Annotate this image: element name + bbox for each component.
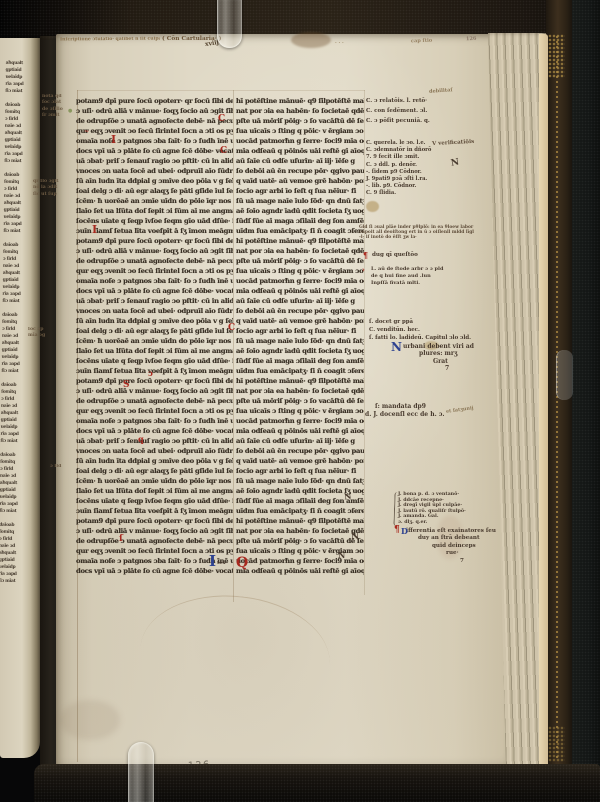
red-pilcrow-2: ¶	[394, 526, 400, 535]
red-initial-1: I	[111, 134, 116, 145]
nota-N-4: N	[450, 158, 460, 168]
red-initial-3: S	[123, 381, 130, 390]
red-paraph-3: ſ	[119, 535, 123, 544]
fore-edge-band	[539, 34, 548, 768]
green-mark: ●	[68, 109, 72, 114]
nota-N-3: N	[338, 551, 345, 559]
red-initial-5: C	[220, 147, 227, 156]
gloss-tex: tex·	[217, 561, 227, 566]
book-weight-bottom	[128, 742, 154, 802]
red-initial-Q: Q	[236, 556, 248, 570]
red-pilcrow-1: ¶	[363, 251, 368, 259]
manuscript-photo: aħqualtgptiaīduelaīdprīa ɔapdſiɔ mīatdaī…	[0, 0, 600, 802]
blue-initial-D: D	[401, 527, 408, 535]
red-initial-6: C	[228, 324, 235, 333]
fore-edge-reflection	[556, 350, 573, 400]
red-initial-4: C	[218, 115, 225, 124]
book-cover-bottom-edge	[34, 764, 600, 802]
nota-N-1: N	[343, 492, 351, 501]
red-squiggle: ~	[84, 129, 89, 135]
book-weight-top	[217, 0, 242, 48]
blue-initial-N: N	[391, 341, 402, 353]
red-initial-2: I	[92, 224, 97, 235]
blue-initial-I: I	[209, 554, 216, 569]
red-paraph-1: ɔ	[148, 369, 153, 377]
red-paraph-2: q	[138, 435, 144, 443]
red-wedge: ›	[362, 266, 365, 273]
nota-N-2: N	[351, 533, 360, 543]
